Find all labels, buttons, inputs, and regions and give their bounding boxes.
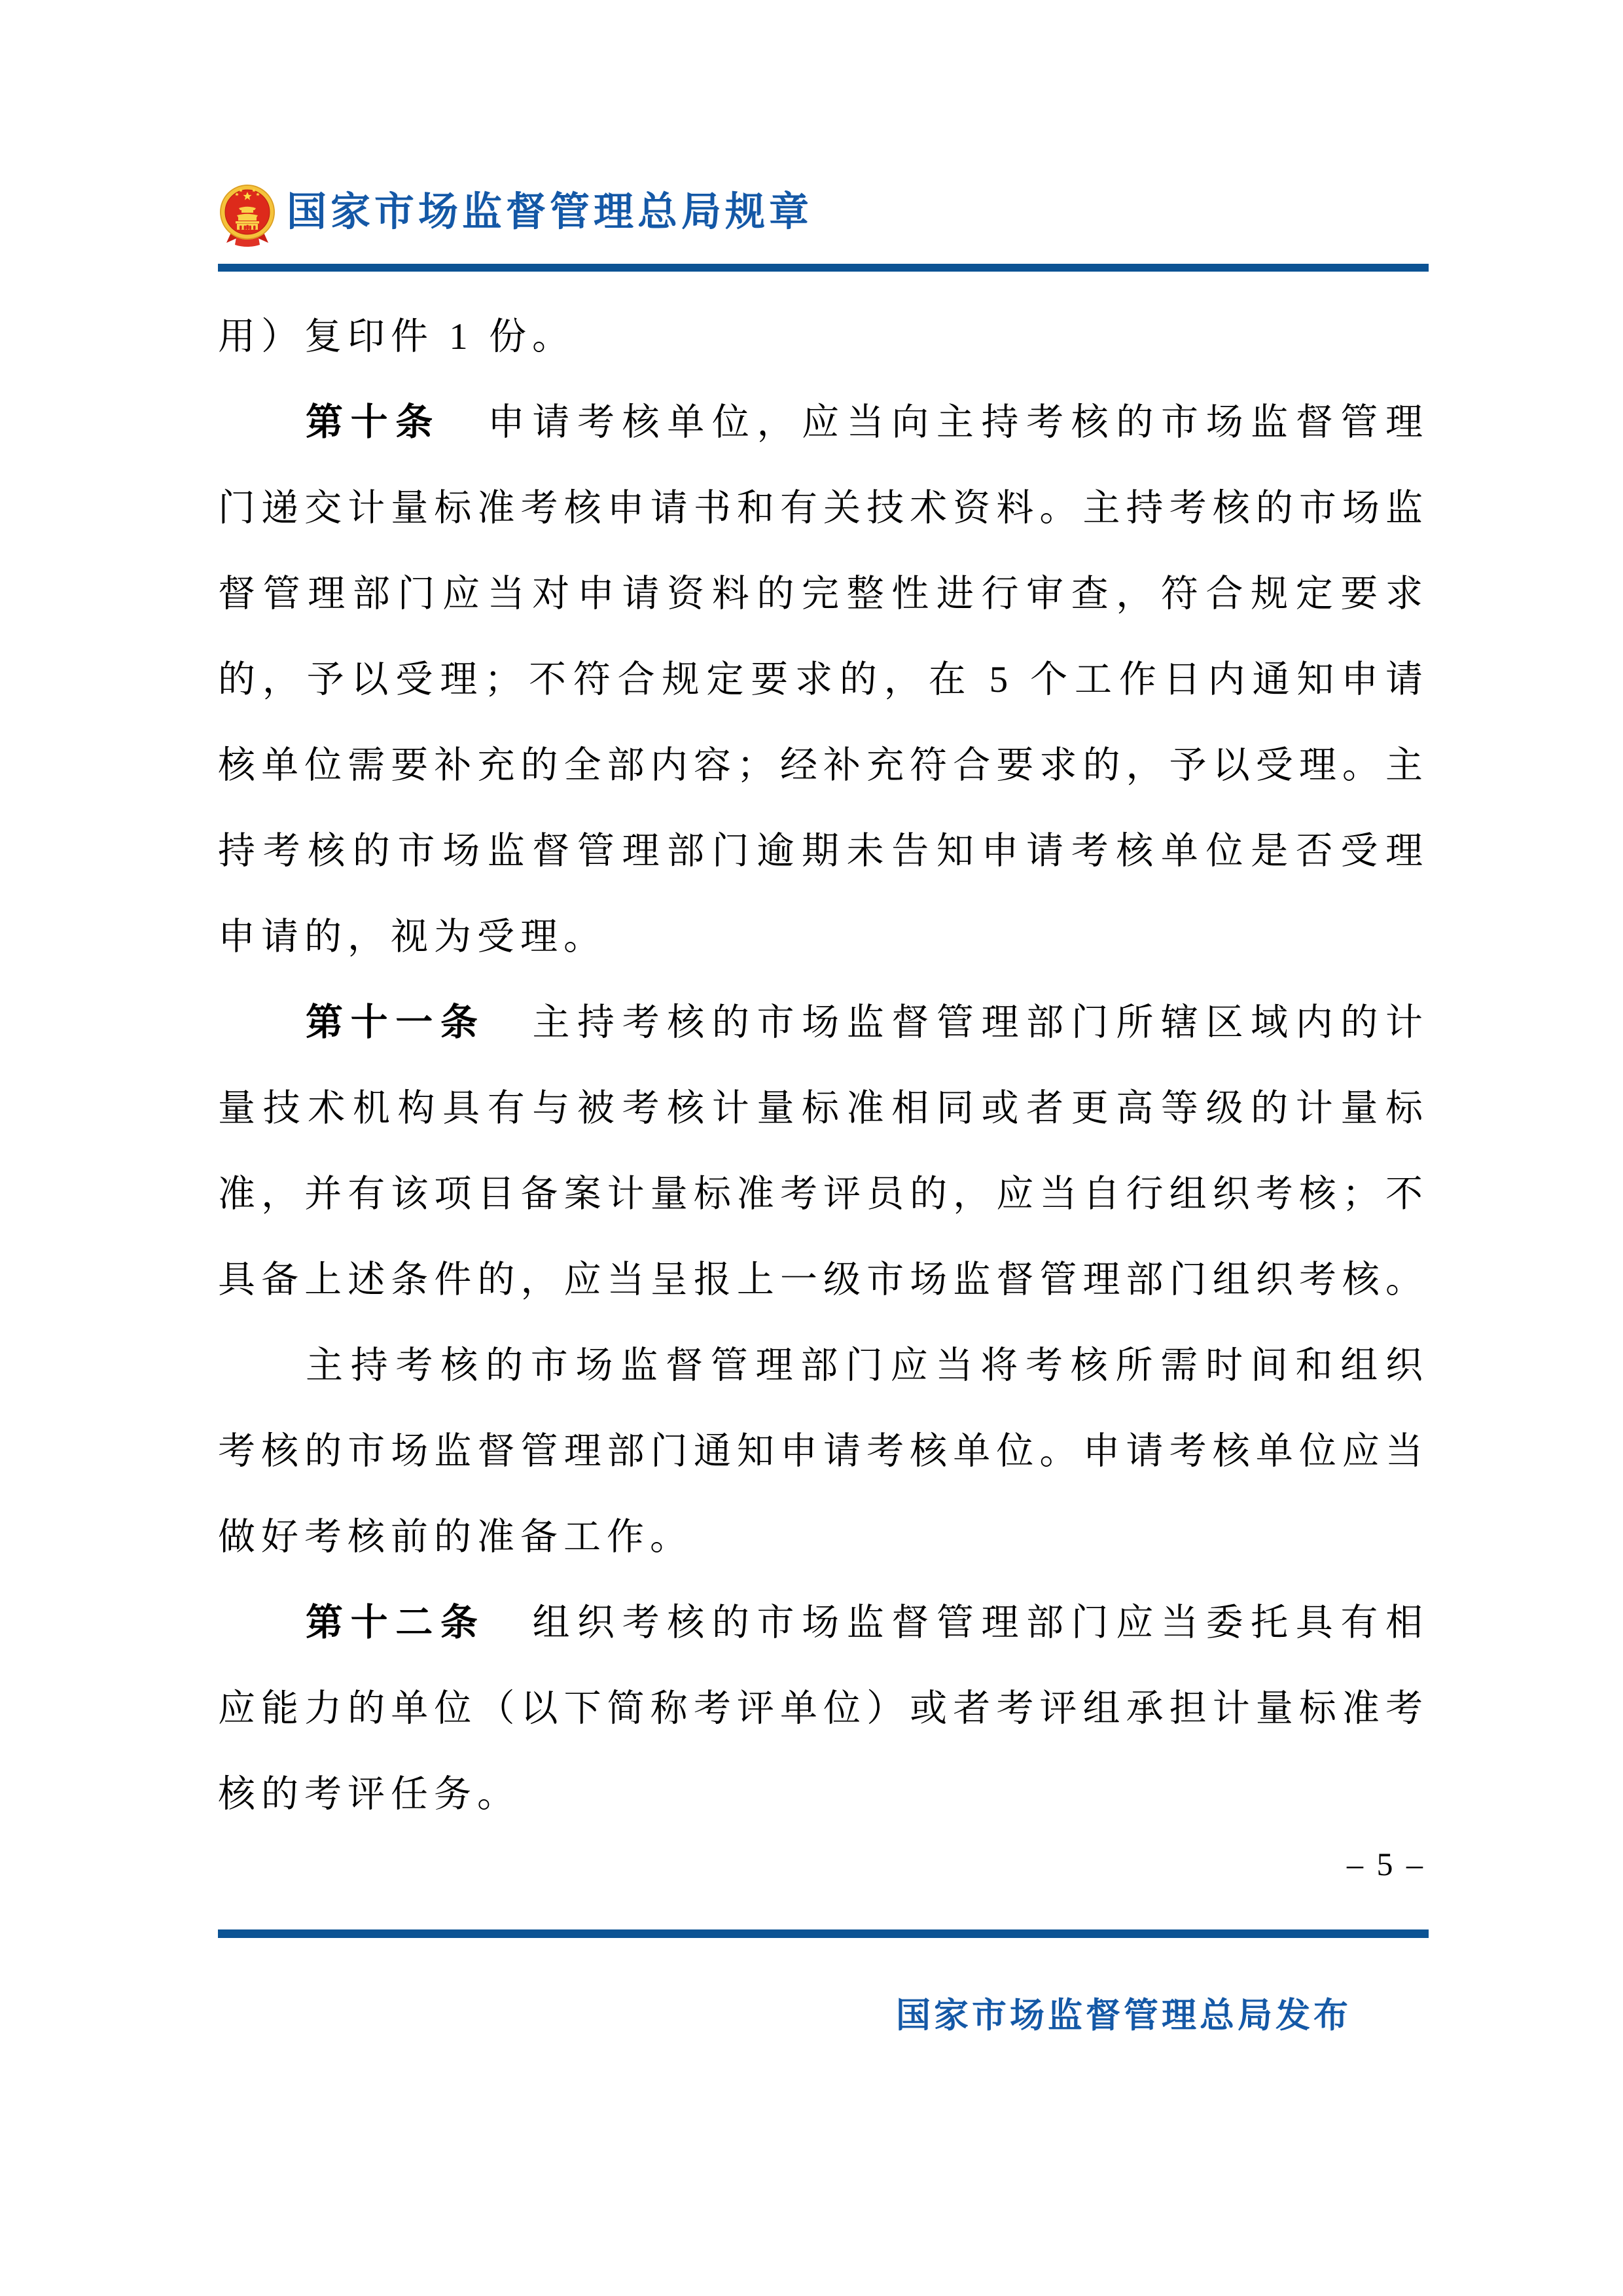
- footer-rule: [218, 1929, 1429, 1938]
- body-line-12: 具备上述条件的，应当呈报上一级市场监督管理部门组织考核。: [218, 1237, 1429, 1323]
- body-line-14: 考核的市场监督管理部门通知申请考核单位。申请考核单位应当: [218, 1408, 1429, 1494]
- article-number-11: 第十一条: [306, 1001, 485, 1043]
- header-rule: [218, 264, 1429, 272]
- body-line-9: 第十一条主持考核的市场监督管理部门所辖区域内的计: [218, 980, 1429, 1066]
- article-number-10: 第十条: [306, 401, 440, 443]
- article-number-12: 第十二条: [306, 1602, 485, 1643]
- body-line-15: 做好考核前的准备工作。: [218, 1494, 1429, 1580]
- document-page: 国家市场监督管理总局规章 用）复印件 1 份。 第十条申请考核单位，应当向主持考…: [0, 0, 1623, 2296]
- body-line-13: 主持考核的市场监督管理部门应当将考核所需时间和组织: [218, 1323, 1429, 1408]
- body-line-2: 第十条申请考核单位，应当向主持考核的市场监督管理部: [218, 380, 1429, 465]
- body-line-6: 核单位需要补充的全部内容；经补充符合要求的，予以受理。主: [218, 723, 1429, 808]
- body-line-17: 应能力的单位（以下简称考评单位）或者考评组承担计量标准考: [218, 1666, 1429, 1751]
- body-line-1: 用）复印件 1 份。: [218, 294, 1429, 380]
- page-number: – 5 –: [218, 1844, 1425, 1884]
- body-line-4: 督管理部门应当对申请资料的完整性进行审查，符合规定要求: [218, 551, 1429, 637]
- body-line-10: 量技术机构具有与被考核计量标准相同或者更高等级的计量标: [218, 1066, 1429, 1151]
- body-line-5: 的，予以受理；不符合规定要求的，在 5 个工作日内通知申请考: [218, 637, 1429, 723]
- footer-publisher: 国家市场监督管理总局发布: [218, 1995, 1351, 2037]
- body-line-3: 门递交计量标准考核申请书和有关技术资料。主持考核的市场监: [218, 465, 1429, 551]
- body-line-8: 申请的，视为受理。: [218, 894, 1429, 980]
- national-emblem-icon: [219, 184, 276, 247]
- body-line-16: 第十二条组织考核的市场监督管理部门应当委托具有相: [218, 1580, 1429, 1666]
- document-body: 用）复印件 1 份。 第十条申请考核单位，应当向主持考核的市场监督管理部 门递交…: [218, 294, 1429, 1837]
- page-title: 国家市场监督管理总局规章: [287, 188, 813, 234]
- body-line-11: 准，并有该项目备案计量标准考评员的，应当自行组织考核；不: [218, 1151, 1429, 1237]
- body-line-18: 核的考评任务。: [218, 1751, 1429, 1837]
- body-line-7: 持考核的市场监督管理部门逾期未告知申请考核单位是否受理: [218, 808, 1429, 894]
